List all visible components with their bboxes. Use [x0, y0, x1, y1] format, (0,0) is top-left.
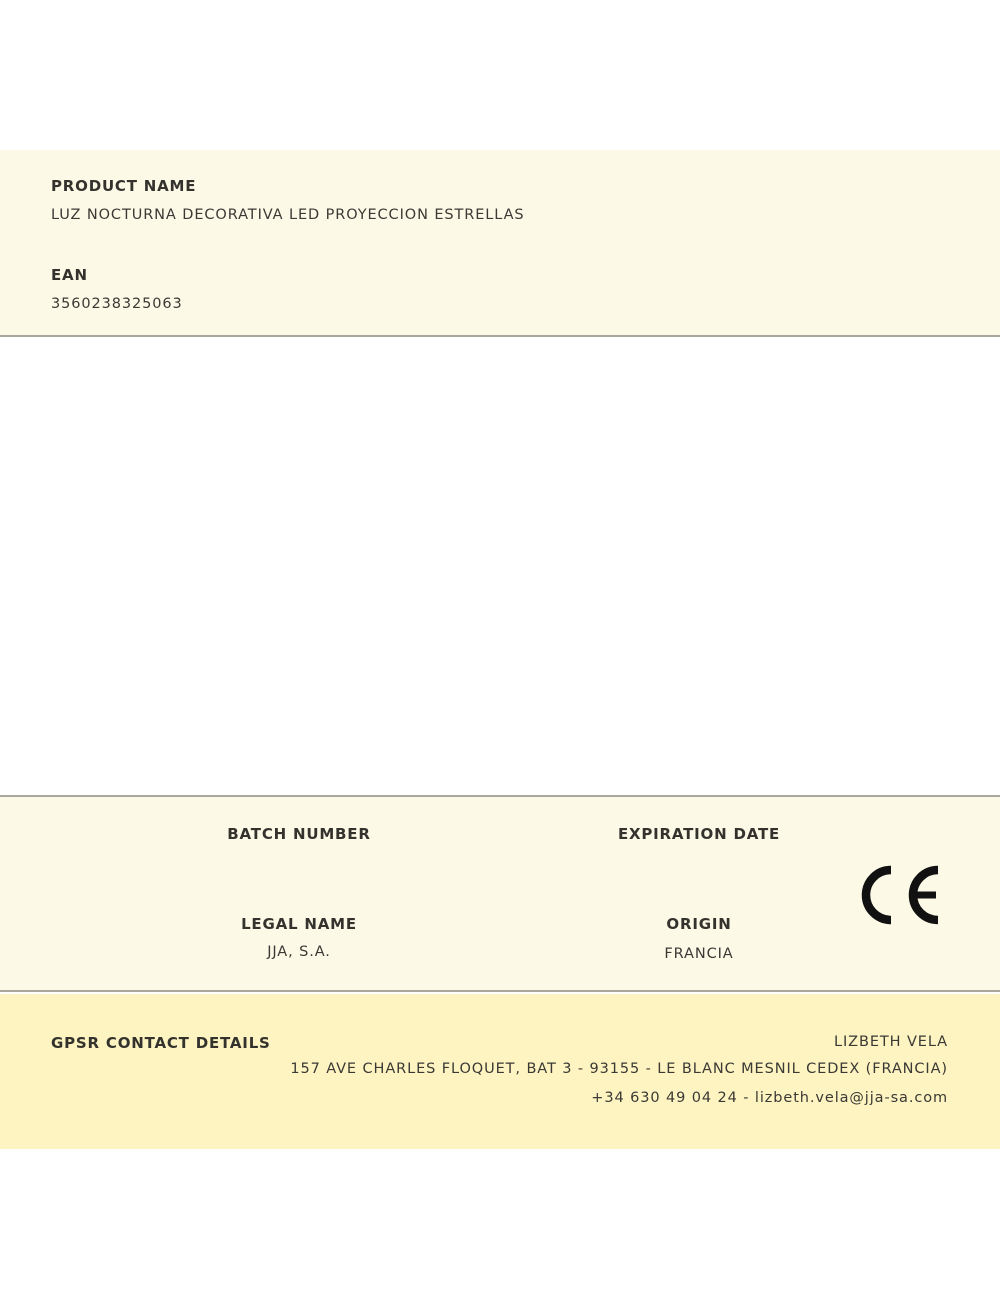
ean-value: 3560238325063 [51, 296, 183, 312]
contact-address: 157 AVE CHARLES FLOQUET, BAT 3 - 93155 -… [290, 1061, 948, 1077]
contact-phone-email: +34 630 49 04 24 - lizbeth.vela@jja-sa.c… [591, 1090, 948, 1106]
product-name-value: LUZ NOCTURNA DECORATIVA LED PROYECCION E… [51, 207, 525, 223]
product-info-section: PRODUCT NAME LUZ NOCTURNA DECORATIVA LED… [0, 150, 1000, 337]
contact-person: LIZBETH VELA [834, 1034, 948, 1050]
product-name-label: PRODUCT NAME [51, 177, 196, 195]
origin-value: FRANCIA [664, 946, 733, 962]
ean-label: EAN [51, 266, 88, 284]
gpsr-contact-label: GPSR CONTACT DETAILS [51, 1034, 271, 1052]
product-details-section: BATCH NUMBER EXPIRATION DATE LEGAL NAME … [0, 795, 1000, 992]
batch-number-label: BATCH NUMBER [227, 825, 370, 843]
origin-label: ORIGIN [666, 915, 731, 933]
expiration-date-label: EXPIRATION DATE [618, 825, 780, 843]
legal-name-value: JJA, S.A. [267, 944, 331, 960]
legal-name-label: LEGAL NAME [241, 915, 357, 933]
gpsr-contact-section: GPSR CONTACT DETAILS LIZBETH VELA 157 AV… [0, 994, 1000, 1149]
ce-mark-icon [858, 864, 942, 926]
